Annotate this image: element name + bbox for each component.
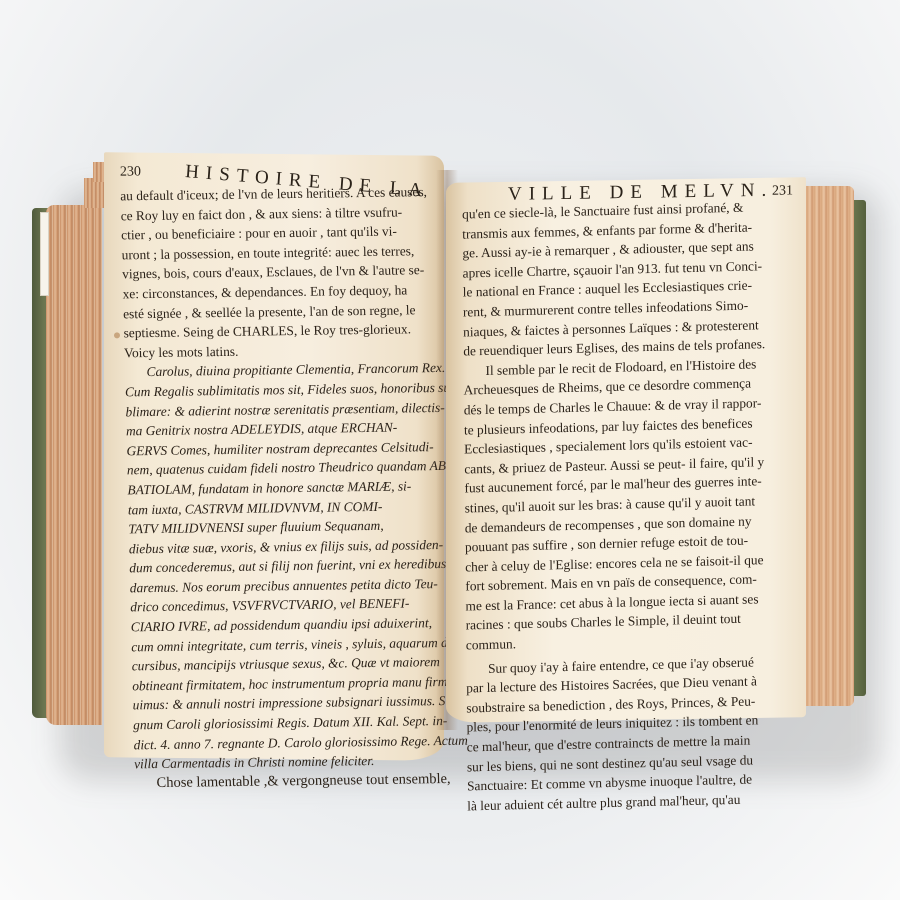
foxing-spot (114, 332, 120, 338)
page-edges-left-step (84, 178, 104, 208)
text-line: Chose lamentable ,& vergongneuse tout en… (134, 770, 454, 794)
page-body-text: au default d'iceux; de l'vn de leurs her… (120, 182, 455, 794)
right-page: VILLE DE MELVN. 231 qu'en ce siecle-là, … (446, 177, 806, 723)
page-edges-left (46, 205, 102, 725)
page-edges-right (800, 186, 854, 706)
bookmark-slip (40, 212, 49, 296)
page-body-text: qu'en ce siecle-là, le Sanctuaire fust a… (462, 196, 803, 816)
left-page: 230 HISTOIRE DE LA au default d'iceux; d… (104, 152, 444, 761)
book-cover-right (852, 200, 866, 696)
page-number: 230 (120, 164, 141, 180)
